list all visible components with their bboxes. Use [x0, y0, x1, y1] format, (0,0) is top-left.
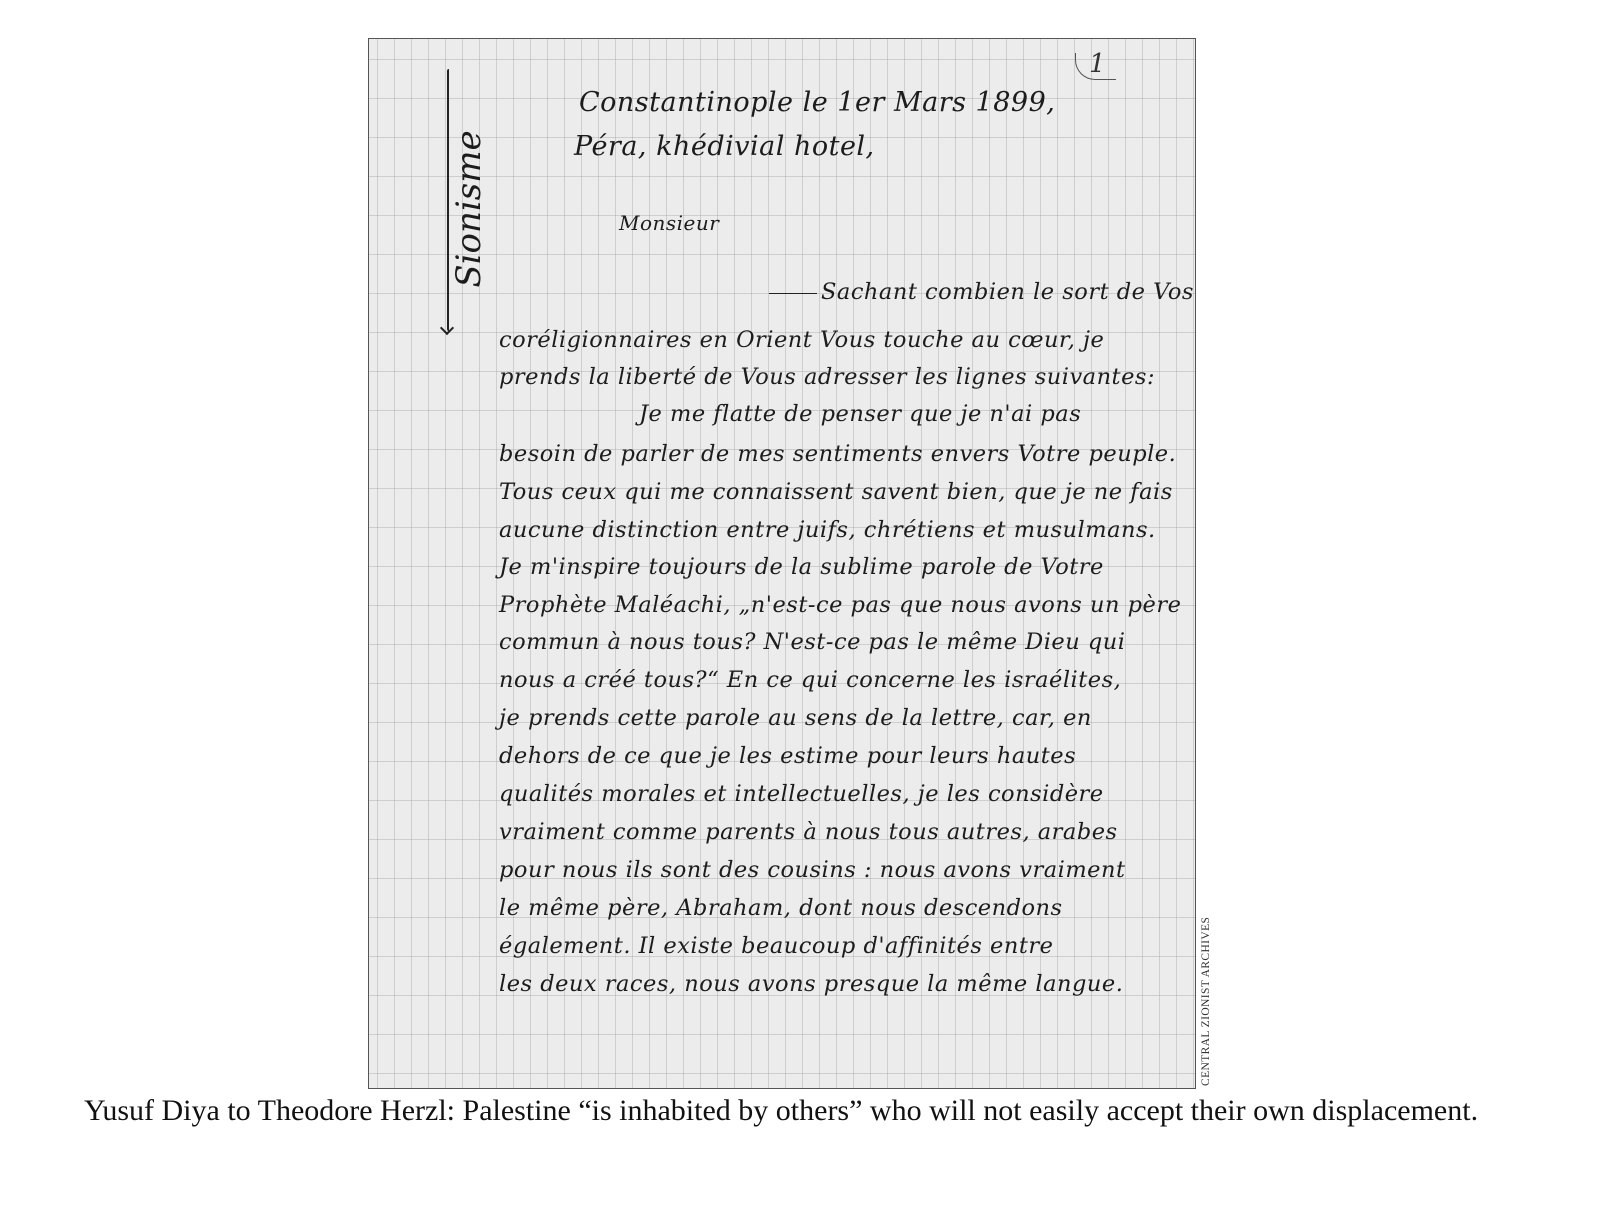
letter-line: je prends cette parole au sens de la let…	[499, 705, 1092, 731]
letter-line: Je m'inspire toujours de la sublime paro…	[499, 554, 1104, 580]
letter-scan: 1 Sionisme Constantinople le 1er Mars 18…	[368, 38, 1196, 1089]
page-number: 1	[1089, 49, 1106, 79]
letter-line: Tous ceux qui me connaissent savent bien…	[499, 479, 1173, 505]
document-page: 1 Sionisme Constantinople le 1er Mars 18…	[0, 0, 1600, 1229]
letter-line: aucune distinction entre juifs, chrétien…	[499, 517, 1156, 543]
letter-line: également. Il existe beaucoup d'affinité…	[499, 933, 1053, 959]
letter-line: commun à nous tous? N'est-ce pas le même…	[499, 629, 1125, 655]
letter-line: dehors de ce que je les estime pour leur…	[499, 743, 1076, 769]
salutation: Monsieur	[619, 211, 719, 235]
letter-line: le même père, Abraham, dont nous descend…	[499, 895, 1063, 921]
letter-line: Sachant combien le sort de Vos	[769, 279, 1194, 305]
letter-line: pour nous ils sont des cousins : nous av…	[499, 857, 1126, 883]
letter-line: prends la liberté de Vous adresser les l…	[499, 364, 1155, 390]
margin-note: Sionisme	[449, 99, 489, 319]
letter-line-text: Sachant combien le sort de Vos	[821, 279, 1194, 305]
archive-credit: CENTRAL ZIONIST ARCHIVES	[1200, 917, 1212, 1086]
letter-line: Prophète Maléachi, „n'est-ce pas que nou…	[499, 592, 1181, 618]
letter-line: qualités morales et intellectuelles, je …	[499, 781, 1104, 807]
letter-line: vraiment comme parents à nous tous autre…	[499, 819, 1118, 845]
place-line: Péra, khédivial hotel,	[574, 131, 875, 162]
letter-line: Je me flatte de penser que je n'ai pas	[639, 401, 1081, 427]
figure-caption: Yusuf Diya to Theodore Herzl: Palestine …	[84, 1090, 1554, 1131]
letter-line: besoin de parler de mes sentiments enver…	[499, 441, 1176, 467]
letter-line: coréligionnaires en Orient Vous touche a…	[499, 327, 1104, 353]
letter-line: les deux races, nous avons presque la mê…	[499, 971, 1123, 997]
dateline: Constantinople le 1er Mars 1899,	[579, 87, 1055, 118]
flourish-dash	[769, 293, 817, 294]
letter-line: nous a créé tous?“ En ce qui concerne le…	[499, 667, 1121, 693]
